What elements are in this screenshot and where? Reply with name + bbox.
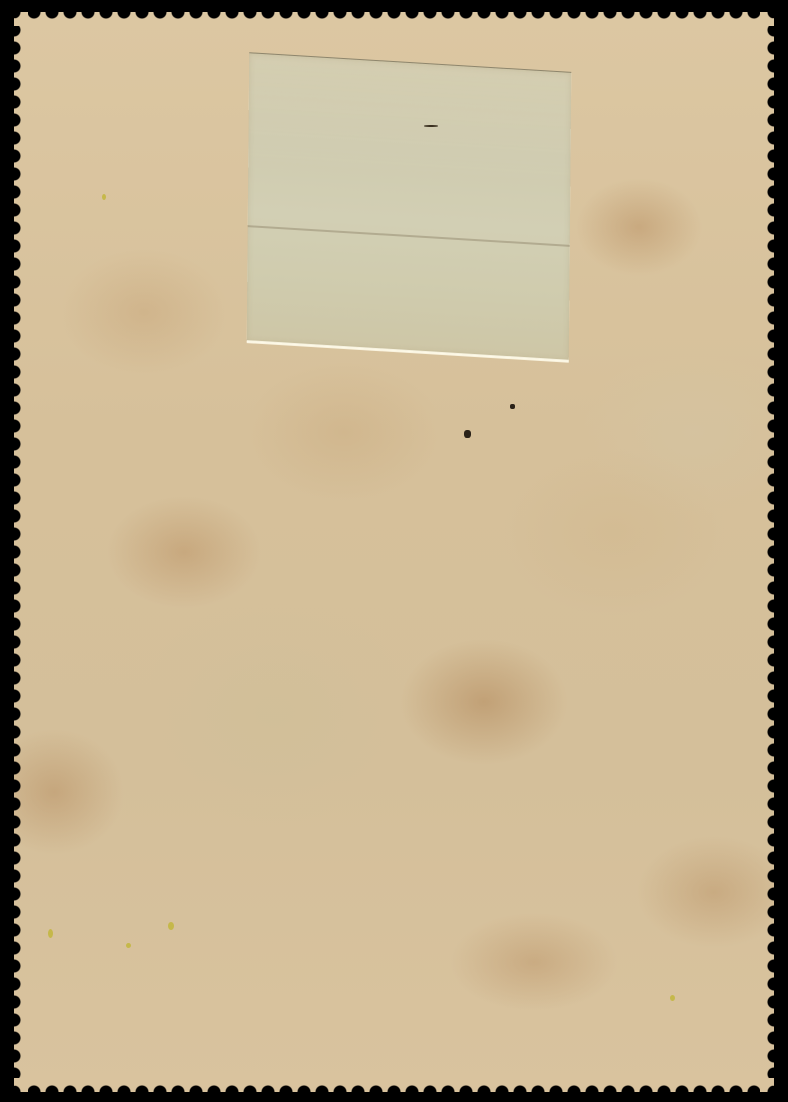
dirt-speck [424,125,438,127]
dirt-speck [510,404,515,409]
stamp-back [14,12,774,1092]
dirt-speck [464,430,471,438]
yellow-fleck [168,922,174,930]
stamp-hinge [247,52,572,361]
hinge-fold-line [248,225,570,247]
yellow-fleck [126,943,131,948]
yellow-fleck [102,194,106,200]
hinge-edge [247,340,569,363]
yellow-fleck [48,929,53,938]
yellow-fleck [670,995,675,1001]
